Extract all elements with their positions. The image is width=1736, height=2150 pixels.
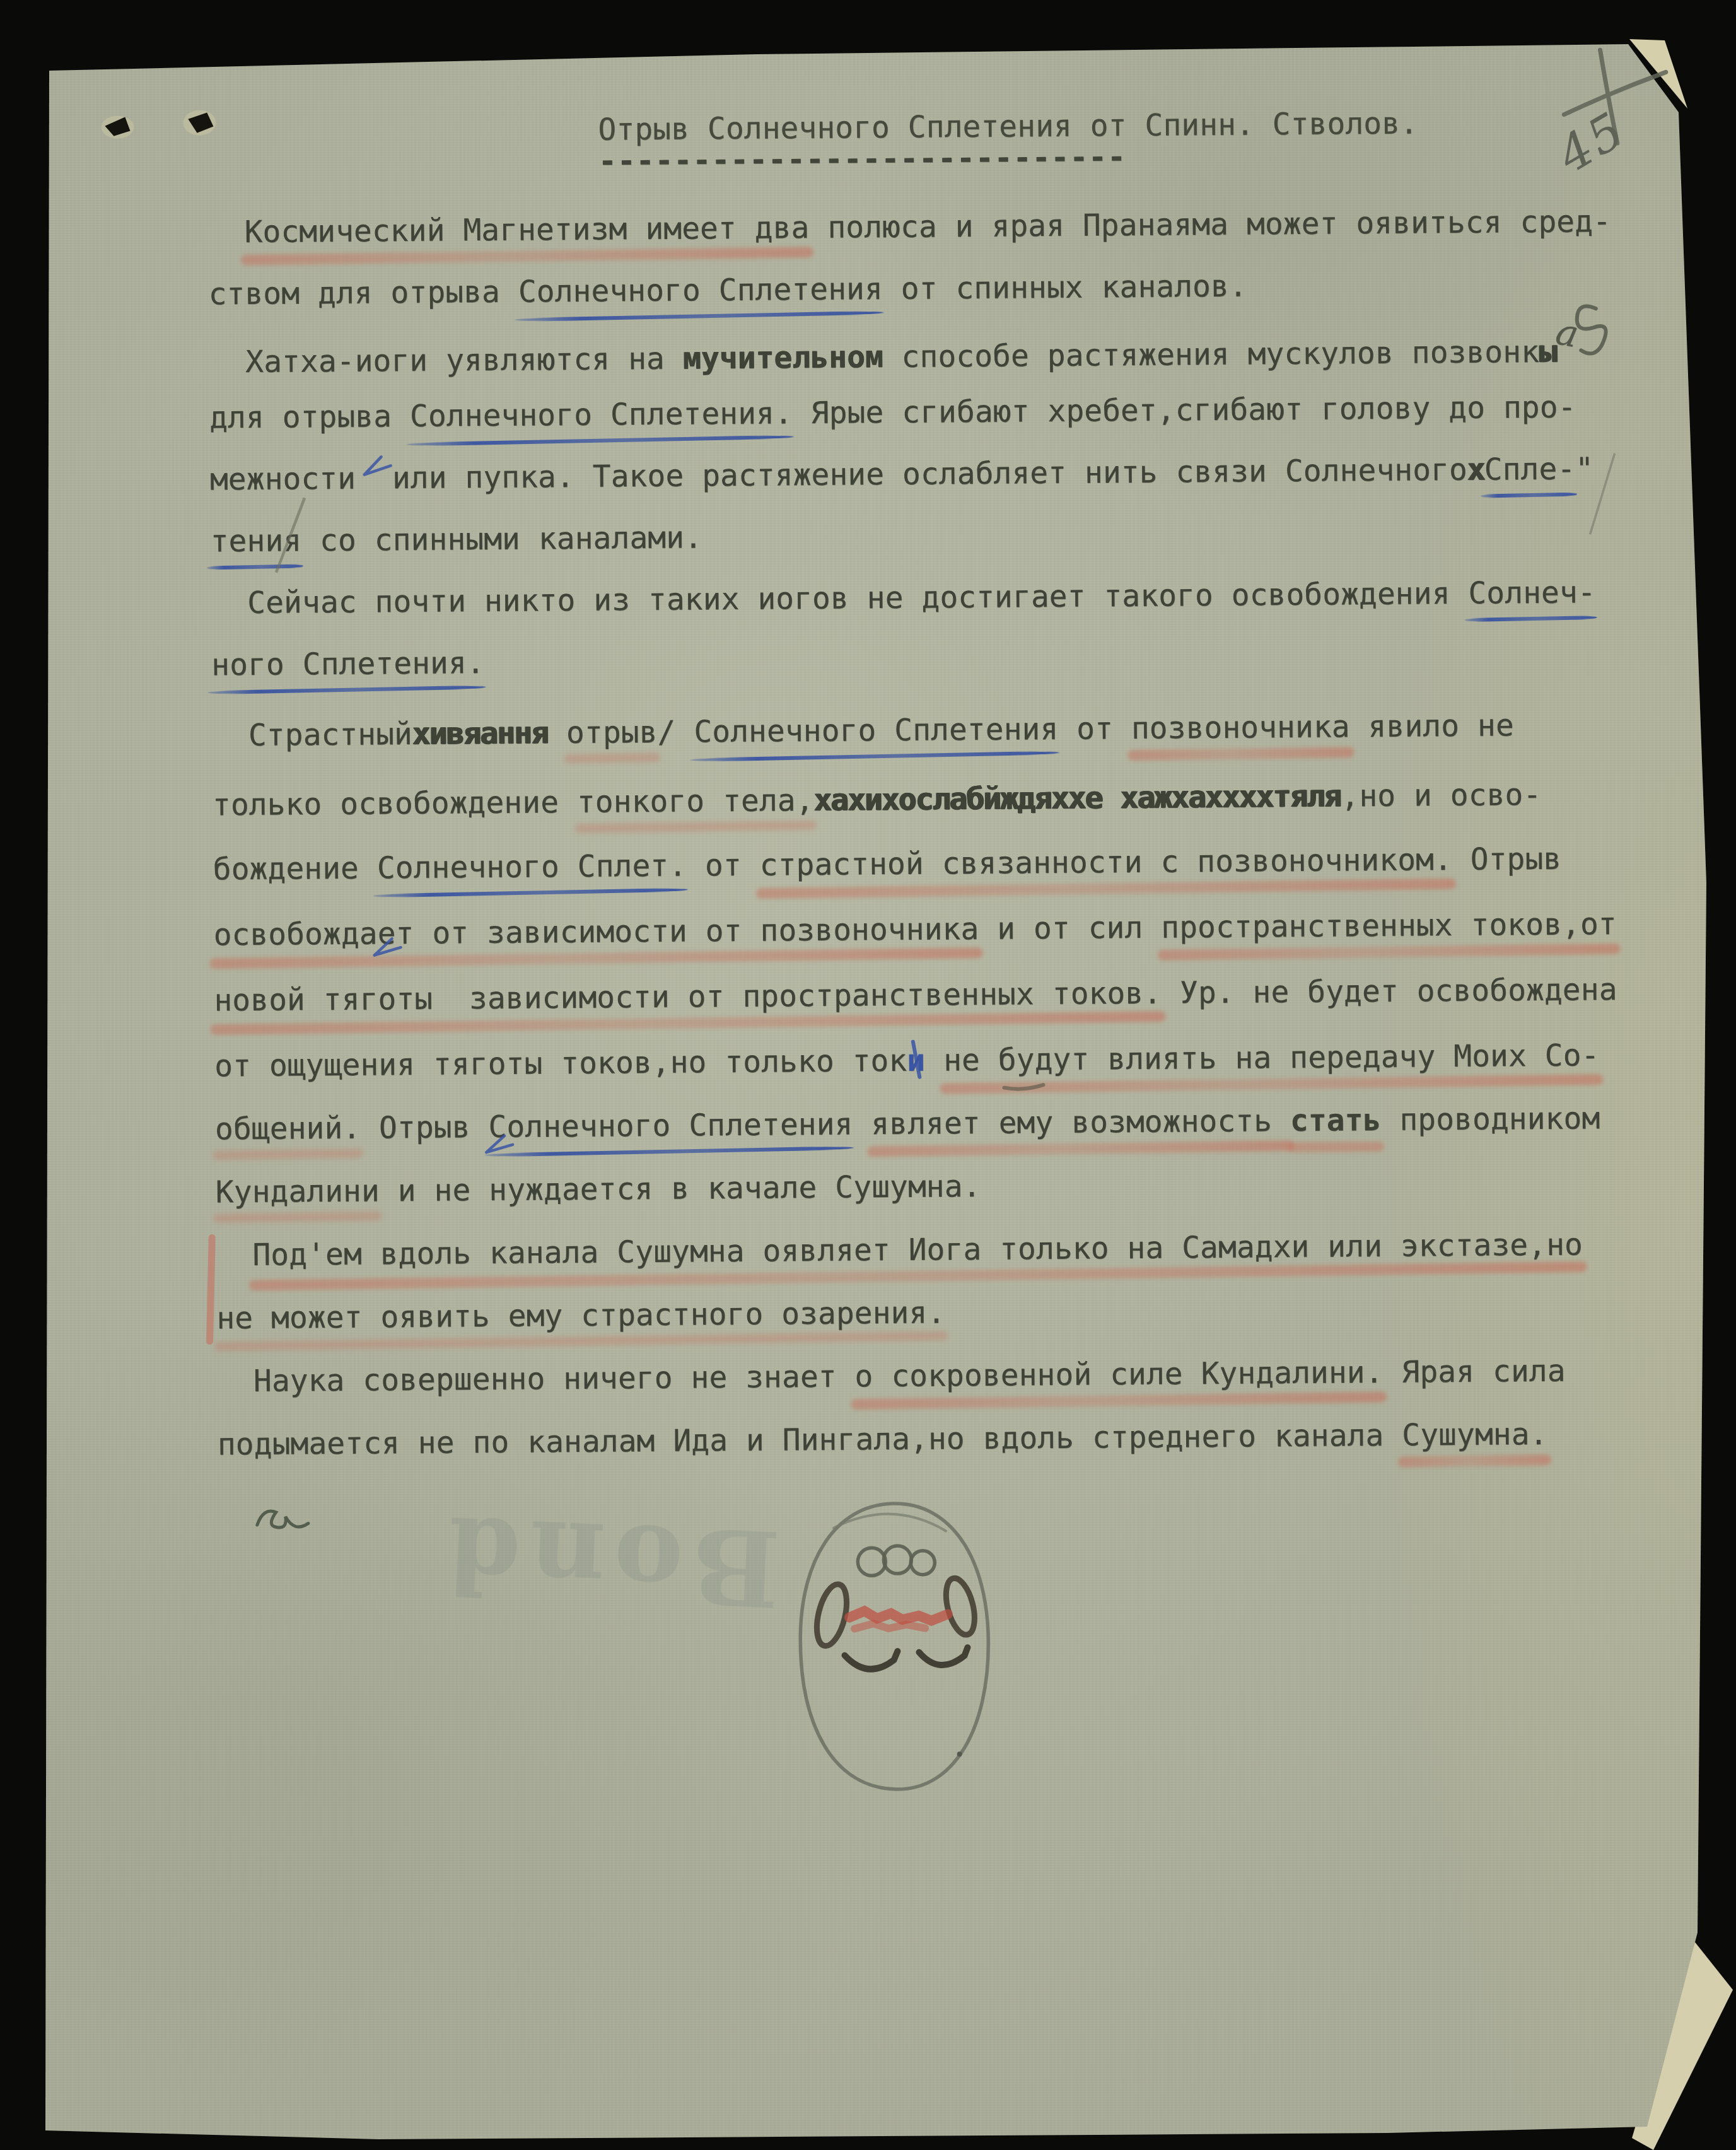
pencil-x-mark-icon [1564,49,1667,143]
pencil-slash-mark-right [1590,453,1616,534]
gray-underline-ne [1004,1085,1043,1089]
pencil-face-doodle [800,1503,990,1790]
blue-correction-stroke [913,1042,919,1077]
red-margin-line [209,1238,213,1341]
page-content: Bond Отрыв Солнечного Сплетения от Спинн… [0,0,1736,2150]
ink-and-pencil-marks-layer [0,0,1736,2150]
scanned-document-photo: { "colors": { "bg": "#0a0a09", "paper": … [0,0,1736,2150]
pencil-slash-mark [276,498,305,572]
blue-arrowhead-icons [364,456,513,1154]
staple-holes-icon [101,110,216,138]
handwritten-scribble [257,1511,308,1528]
handwritten-insert-mark [1577,306,1606,353]
